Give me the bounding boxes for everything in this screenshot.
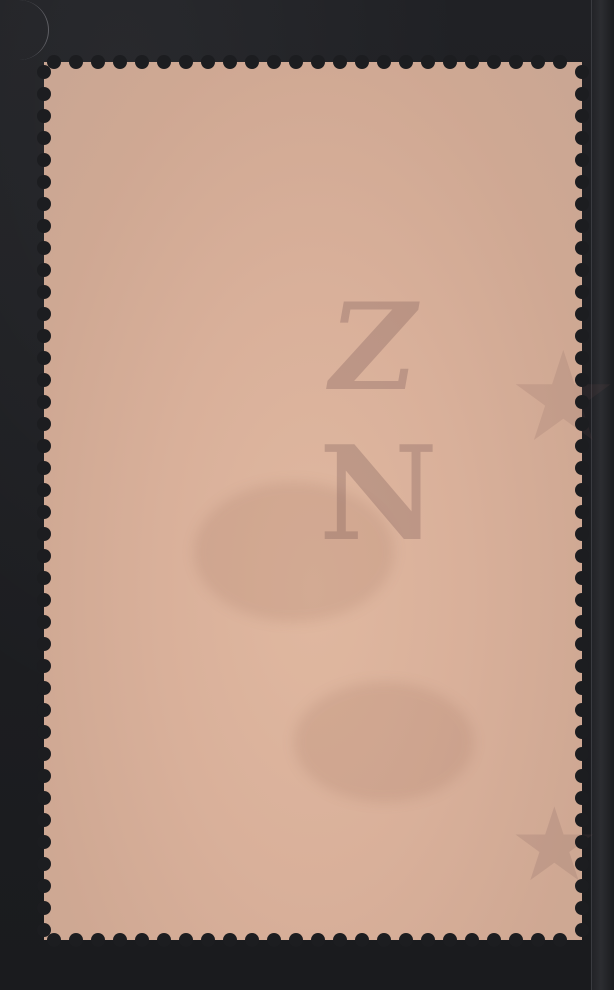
perforation-edges [0,0,614,990]
